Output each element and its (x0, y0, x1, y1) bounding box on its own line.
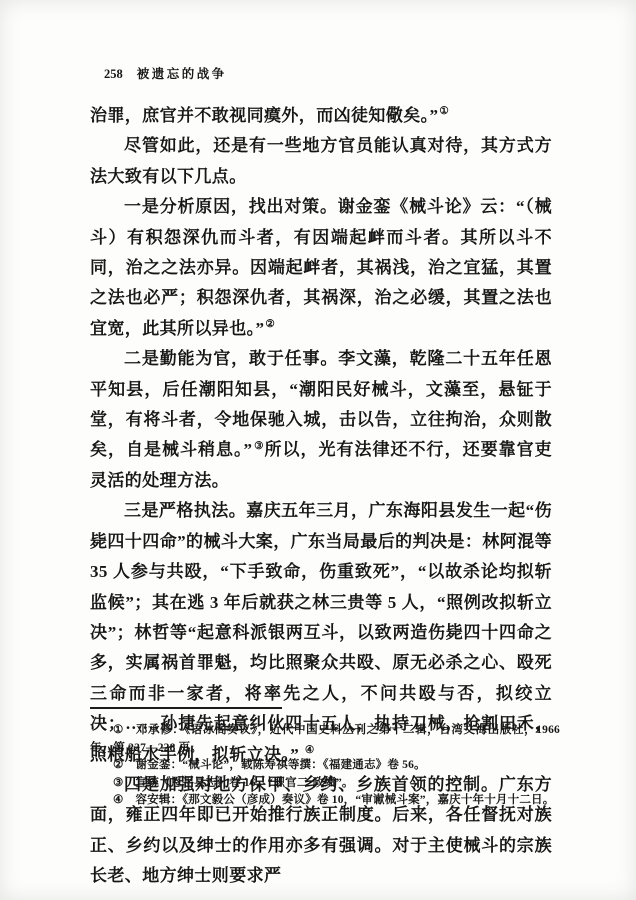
footnote-separator (90, 707, 282, 709)
running-title: 被遗忘的战争 (137, 67, 227, 81)
footnote-text: 宣统《恩平县志》卷 16，“职官二·政绩”。 (136, 777, 354, 789)
page-number: 258 (104, 67, 123, 81)
footnote-marker: ④ (113, 794, 124, 806)
footnote-text: 谢金銮：“械斗论”，载陈寿祺等撰：《福建通志》卷 56。 (136, 759, 426, 771)
body-paragraph: 尽管如此，还是有一些地方官员能认真对待，其方式方法大致有以下几点。 (90, 131, 552, 192)
footnote-marker: ② (113, 759, 124, 771)
scanned-book-page: 258被遗忘的战争 治罪，庶官并不敢视同瘼外，而凶徒知儆矣。”①尽管如此，还是有… (0, 0, 636, 900)
body-paragraph: 二是勤能为官，敢于任事。李文藻，乾隆二十五年任恩平知县，后任潮阳知县，“潮阳民好… (90, 344, 552, 496)
footnotes: ①邓承修：《语冰阁奏议》，近代中国史料丛刊之第十二辑，台湾文海出版社，1966年… (90, 722, 560, 810)
footnote-text: 容安辑：《那文毅公（彦成）奏议》卷 10，“审谳械斗案”，嘉庆十年十月十二日。 (136, 794, 555, 806)
footnote: ④容安辑：《那文毅公（彦成）奏议》卷 10，“审谳械斗案”，嘉庆十年十月十二日。 (90, 792, 560, 810)
body-paragraph: 治罪，庶官并不敢视同瘼外，而凶徒知儆矣。”① (90, 101, 552, 131)
footnote-ref: ② (265, 319, 275, 330)
footnote-ref: ① (439, 106, 449, 117)
footnote: ③宣统《恩平县志》卷 16，“职官二·政绩”。 (90, 775, 560, 793)
footnote-text: 邓承修：《语冰阁奏议》，近代中国史料丛刊之第十二辑，台湾文海出版社，1966年，… (90, 724, 560, 754)
paragraph-text: 一是分析原因，找出对策。谢金銮《械斗论》云：“（械斗）有积怨深仇而斗者，有因端起… (90, 197, 552, 338)
paragraph-text: 治罪，庶官并不敢视同瘼外，而凶徒知儆矣。” (90, 106, 438, 125)
footnote-marker: ① (113, 724, 124, 736)
footnote-ref: ③ (253, 441, 264, 452)
paragraph-text: 尽管如此，还是有一些地方官员能认真对待，其方式方法大致有以下几点。 (90, 136, 552, 185)
footnote: ①邓承修：《语冰阁奏议》，近代中国史料丛刊之第十二辑，台湾文海出版社，1966年… (90, 722, 560, 757)
body-paragraph: 一是分析原因，找出对策。谢金銮《械斗论》云：“（械斗）有积怨深仇而斗者，有因端起… (90, 192, 552, 344)
running-header: 258被遗忘的战争 (104, 64, 227, 82)
footnote: ②谢金銮：“械斗论”，载陈寿祺等撰：《福建通志》卷 56。 (90, 757, 560, 775)
footnote-marker: ③ (113, 777, 124, 789)
